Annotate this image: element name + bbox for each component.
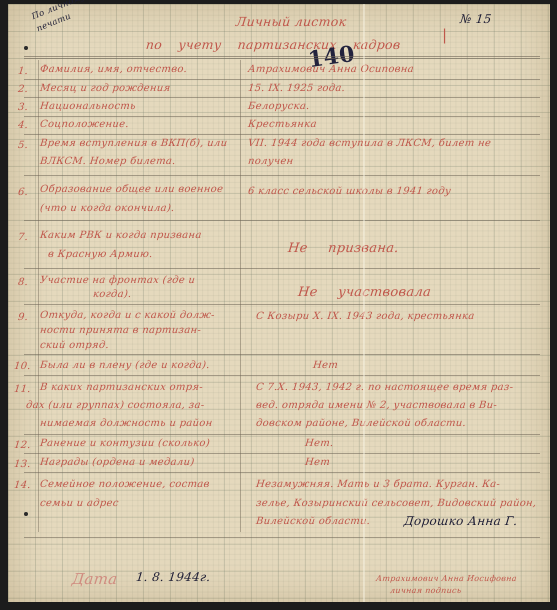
row-number: 14. bbox=[13, 480, 31, 491]
field-label: Время вступления в ВКП(б), или bbox=[39, 138, 227, 149]
row-number: 7. bbox=[17, 232, 28, 243]
sheet-number: № 15 bbox=[459, 12, 492, 26]
row-divider bbox=[24, 354, 540, 355]
binder-hole bbox=[24, 512, 28, 516]
field-value: довском районе, Вилейской области. bbox=[255, 418, 466, 429]
field-value: Атрахимович Анна Осиповна bbox=[247, 64, 414, 75]
field-value: получен bbox=[247, 156, 294, 167]
date-label: Дата bbox=[71, 570, 118, 588]
label-column-divider bbox=[240, 60, 241, 532]
row-divider bbox=[24, 434, 540, 435]
row-divider bbox=[24, 375, 540, 376]
row-divider bbox=[24, 79, 540, 80]
field-label: нимаемая должность и район bbox=[39, 418, 213, 429]
row-number: 6. bbox=[17, 187, 28, 198]
field-value: Нет. bbox=[304, 438, 334, 449]
field-label: Была ли в плену (где и когда). bbox=[39, 360, 210, 371]
field-label: в Красную Армию. bbox=[47, 249, 153, 260]
scanned-document-sheet: По личному печати Личный листок по учету… bbox=[8, 4, 550, 602]
field-value: вед. отряда имени № 2, участвовала в Ви- bbox=[255, 400, 497, 411]
field-label: Ранение и контузии (сколько) bbox=[39, 438, 210, 449]
field-label: В каких партизанских отря- bbox=[39, 382, 203, 393]
field-label: Каким РВК и когда призвана bbox=[39, 230, 202, 241]
field-label: Семейное положение, состав bbox=[39, 479, 210, 490]
field-label: ВЛКСМ. Номер билета. bbox=[39, 156, 176, 167]
row-number: 5. bbox=[17, 140, 28, 151]
field-label: Награды (ордена и медали) bbox=[39, 457, 195, 468]
row-divider bbox=[24, 304, 540, 305]
row-number: 13. bbox=[13, 459, 31, 470]
row-number: 12. bbox=[13, 440, 31, 451]
table-bottom-divider bbox=[24, 537, 540, 538]
row-divider bbox=[24, 116, 540, 117]
field-value: Нет bbox=[304, 457, 330, 468]
field-value: Нет bbox=[312, 360, 338, 371]
date-value: 1. 8. 1944г. bbox=[135, 570, 211, 584]
row-number: 2. bbox=[17, 84, 28, 95]
field-value: зелье, Козыринский сельсовет, Видовский … bbox=[255, 498, 537, 509]
sheet-number-value: № 15 bbox=[459, 12, 492, 26]
field-value: 15. IX. 1925 года. bbox=[247, 83, 345, 94]
row-number: 10. bbox=[13, 361, 31, 372]
field-label: Соцположение. bbox=[39, 119, 129, 130]
row-divider bbox=[24, 453, 540, 454]
field-label: Фамилия, имя, отчество. bbox=[39, 64, 187, 75]
personal-signature: Атрахимович Анна Иосифовна bbox=[376, 574, 518, 583]
field-value: Крестьянка bbox=[247, 119, 317, 130]
field-label: семьи и адрес bbox=[39, 498, 119, 509]
row-number: 8. bbox=[17, 277, 28, 288]
field-value: Вилейской области. bbox=[255, 516, 370, 527]
field-value: Незамужняя. Мать и 3 брата. Курган. Ка- bbox=[255, 479, 500, 490]
row-number: 4. bbox=[17, 120, 28, 131]
document-subtitle: по учету партизанских кадров bbox=[145, 37, 401, 52]
black-ink-signature: Дорошко Анна Г. bbox=[403, 514, 518, 528]
margin-tick-mark: | bbox=[442, 26, 447, 44]
field-label: дах (или группах) состояла, за- bbox=[25, 400, 205, 411]
field-value: С Козыри X. IX. 1943 года, крестьянка bbox=[255, 311, 475, 322]
field-label: Национальность bbox=[39, 101, 136, 112]
row-divider bbox=[24, 175, 540, 176]
binder-hole bbox=[24, 46, 28, 50]
field-label: ский отряд. bbox=[39, 340, 109, 351]
field-label: Участие на фронтах (где и bbox=[39, 275, 195, 286]
field-label: Откуда, когда и с какой долж- bbox=[39, 310, 215, 321]
row-divider bbox=[24, 220, 540, 221]
number-column-divider bbox=[38, 60, 39, 532]
field-label: ности принята в партизан- bbox=[39, 325, 201, 336]
row-divider bbox=[24, 472, 540, 473]
row-number: 3. bbox=[17, 102, 28, 113]
row-number: 11. bbox=[13, 384, 31, 395]
field-value: Белоруска. bbox=[247, 101, 310, 112]
field-label: (что и когда окончила). bbox=[39, 203, 175, 214]
row-divider bbox=[24, 268, 540, 269]
field-value: VII. 1944 года вступила в ЛКСМ, билет не bbox=[247, 138, 491, 149]
row-divider bbox=[24, 134, 540, 135]
field-value: 6 класс сельской школы в 1941 году bbox=[247, 186, 451, 197]
row-number: 9. bbox=[17, 312, 28, 323]
field-label: когда). bbox=[92, 289, 132, 300]
row-number: 1. bbox=[17, 66, 28, 77]
signature-caption: личная подпись bbox=[390, 586, 462, 595]
field-value: Не призвана. bbox=[287, 241, 399, 256]
field-label: Образование общее или военное bbox=[39, 184, 223, 195]
header-divider bbox=[24, 56, 540, 59]
corner-note: По личному печати bbox=[30, 0, 105, 36]
field-value: Не участвовала bbox=[297, 285, 432, 300]
field-label: Месяц и год рождения bbox=[39, 83, 171, 94]
field-value: С 7.X. 1943, 1942 г. по настоящее время … bbox=[255, 382, 513, 393]
document-title: Личный листок bbox=[235, 14, 347, 29]
row-divider bbox=[24, 97, 540, 98]
